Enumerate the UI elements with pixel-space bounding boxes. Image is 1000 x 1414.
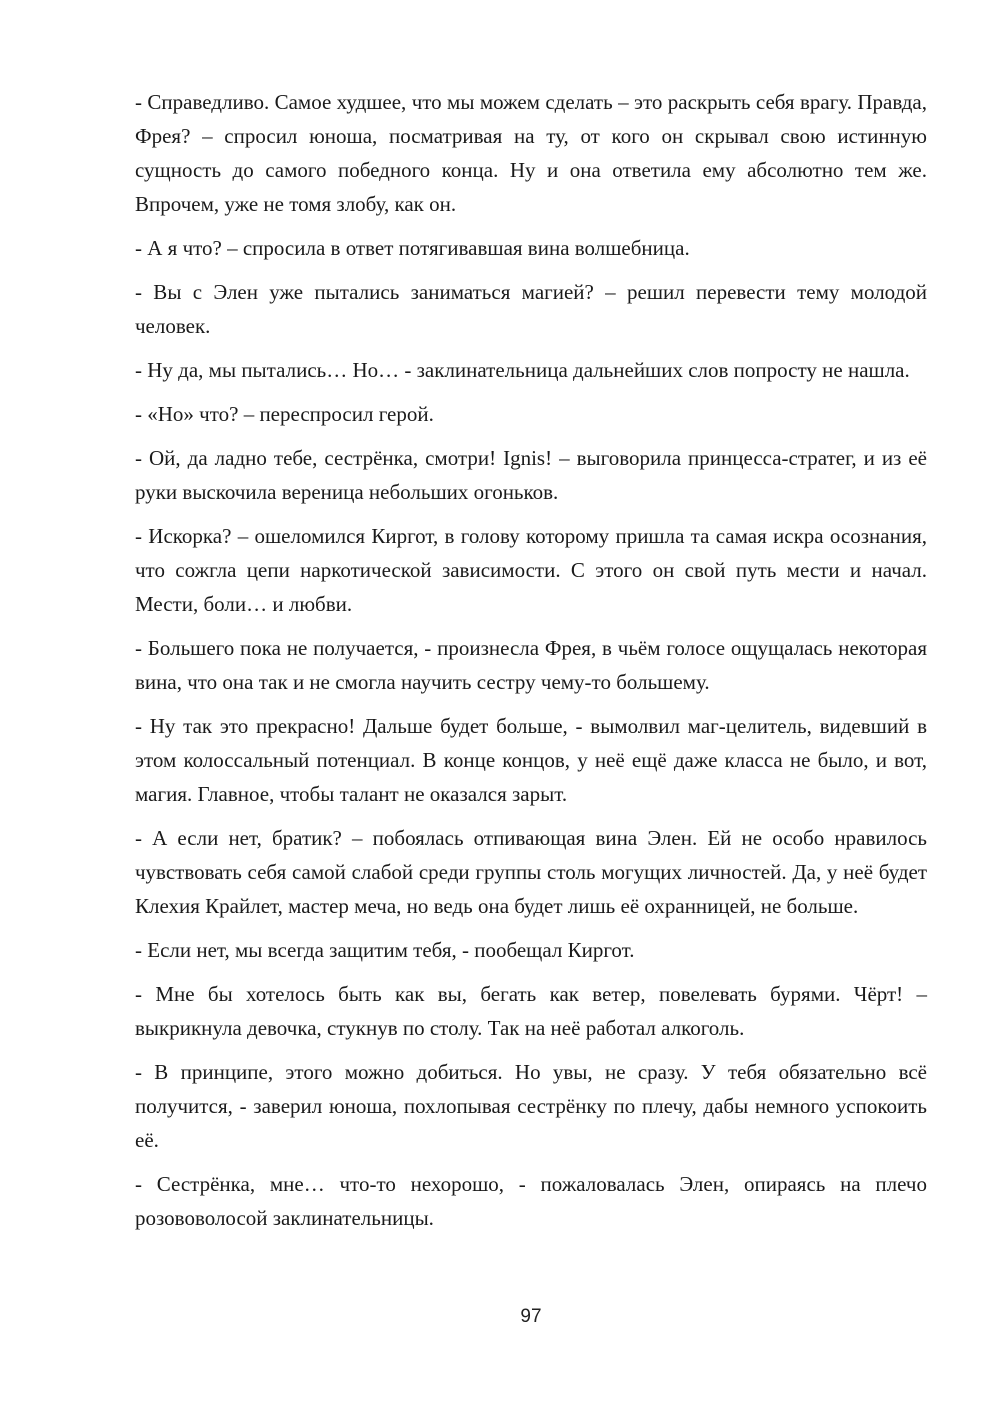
paragraph: - Ой, да ладно тебе, сестрёнка, смотри! … [135, 441, 927, 509]
paragraph: - Мне бы хотелось быть как вы, бегать ка… [135, 977, 927, 1045]
paragraph: - А если нет, братик? – побоялась отпива… [135, 821, 927, 923]
paragraph: - В принципе, этого можно добиться. Но у… [135, 1055, 927, 1157]
page-number: 97 [135, 1306, 927, 1328]
paragraph: - Справедливо. Самое худшее, что мы може… [135, 85, 927, 221]
paragraph: - Искорка? – ошеломился Киргот, в голову… [135, 519, 927, 621]
paragraph: - Ну да, мы пытались… Но… - заклинательн… [135, 353, 927, 387]
book-page: - Справедливо. Самое худшее, что мы може… [0, 0, 1000, 1414]
paragraph: - А я что? – спросила в ответ потягивавш… [135, 231, 927, 265]
paragraph: - Вы с Элен уже пытались заниматься маги… [135, 275, 927, 343]
paragraph: - Если нет, мы всегда защитим тебя, - по… [135, 933, 927, 967]
paragraph: - Сестрёнка, мне… что-то нехорошо, - пож… [135, 1167, 927, 1235]
text-block: - Справедливо. Самое худшее, что мы може… [135, 85, 927, 1245]
paragraph: - Большего пока не получается, - произне… [135, 631, 927, 699]
paragraph: - Ну так это прекрасно! Дальше будет бол… [135, 709, 927, 811]
paragraph: - «Но» что? – переспросил герой. [135, 397, 927, 431]
